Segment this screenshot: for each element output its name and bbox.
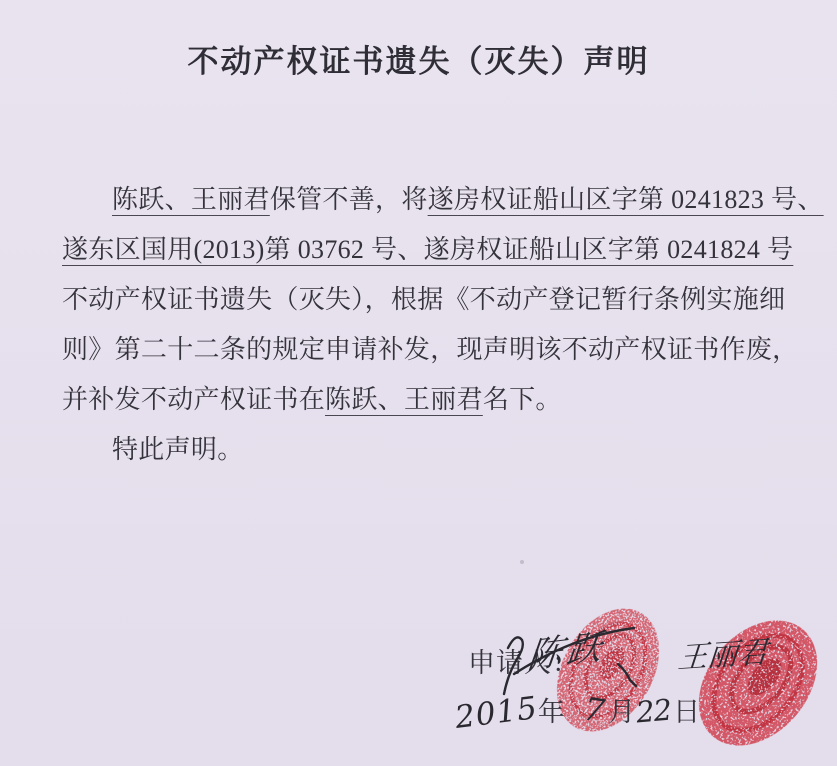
filled-blank-cert-number-1: 遂房权证船山区字第 0241823 号、 — [428, 185, 824, 214]
filled-blank-owner-names: 陈跃、王丽君 — [112, 185, 270, 214]
body-line-6: 特此声明。 — [62, 425, 778, 475]
body-line-1-text: 保管不善，将 — [270, 185, 428, 214]
closing-statement: 特此声明。 — [112, 435, 244, 464]
filled-blank-owner-names-2: 陈跃、王丽君 — [325, 385, 483, 414]
body-line-4: 则》第二十二条的规定申请补发，现声明该不动产权证书作废， — [62, 325, 778, 375]
body-line-5-prefix: 并补发不动产权证书在 — [62, 385, 325, 414]
body-line-1: 陈跃、王丽君保管不善，将遂房权证船山区字第 0241823 号、 — [62, 175, 778, 225]
filled-blank-cert-numbers-2: 遂东区国用(2013)第 03762 号、遂房权证船山区字第 0241824 号 — [62, 235, 793, 264]
body-line-5-suffix: 名下。 — [483, 385, 562, 414]
signature-flourish-strokes — [498, 612, 668, 707]
paper-speck — [520, 560, 524, 564]
body-line-2: 遂东区国用(2013)第 03762 号、遂房权证船山区字第 0241824 号 — [62, 225, 778, 275]
applicant-signature-2: 王丽君 — [676, 627, 770, 678]
body-line-3: 不动产权证书遗失（灭失），根据《不动产登记暂行条例实施细 — [62, 275, 778, 325]
day-label: 日 — [673, 690, 701, 729]
document-title: 不动产权证书遗失（灭失）声明 — [0, 36, 837, 81]
body-line-5: 并补发不动产权证书在陈跃、王丽君名下。 — [62, 375, 778, 425]
scanned-declaration-document: 不动产权证书遗失（灭失）声明 陈跃、王丽君保管不善，将遂房权证船山区字第 024… — [0, 0, 837, 766]
declaration-body: 陈跃、王丽君保管不善，将遂房权证船山区字第 0241823 号、 遂东区国用(2… — [62, 175, 778, 475]
